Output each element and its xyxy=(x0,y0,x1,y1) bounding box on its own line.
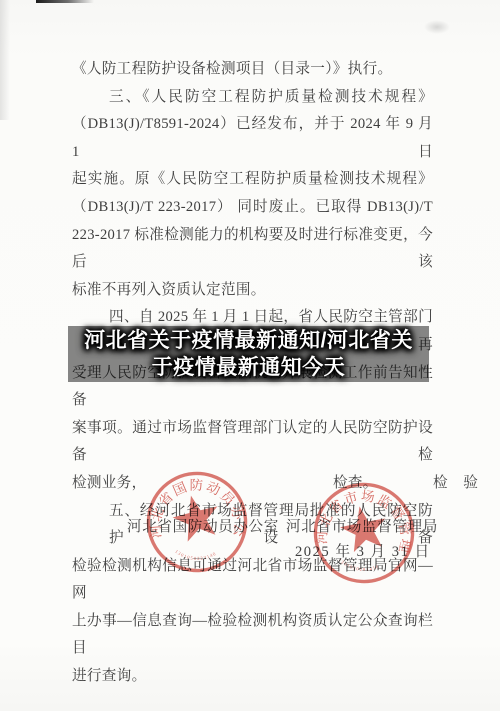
document-line: 案事项。通过市场监督管理部门认定的人民防空防护设备检 xyxy=(72,415,433,470)
svg-text:1301050281416: 1301050281416 xyxy=(336,558,381,574)
seal-serial: 1301050281416 xyxy=(336,558,381,574)
document-line: （DB13(J)/T 223-2017） 同时废止。已取得 DB13(J)/T xyxy=(72,194,433,222)
document-line: 223-2017 标准检测能力的机构要及时进行标准变更，今后该 xyxy=(72,222,433,277)
scan-smudge xyxy=(424,20,450,34)
obscured-line-fragment: 检测业务， xyxy=(72,475,146,491)
star-icon xyxy=(337,502,391,554)
document-line: 标准不再列入资质认定范围。 xyxy=(72,277,433,305)
scanned-document-page: 《人防工程防护设备检测项目（目录一）》执行。 三、《人民防空工程防护质量检测技术… xyxy=(0,0,500,711)
overlay-title-line1: 河北省关于疫情最新通知/河北省关 xyxy=(84,327,413,354)
document-line: 进行查询。 xyxy=(72,663,433,691)
headline-overlay-banner: 河北省关于疫情最新通知/河北省关 于疫情最新通知今天 xyxy=(68,326,429,382)
document-line: 《人防工程防护设备检测项目（目录一）》执行。 xyxy=(72,56,433,84)
document-line: （DB13(J)/T8591-2024）已经发布，并于 2024 年 9 月 1… xyxy=(72,111,433,166)
seal-serial: 1301050223140 xyxy=(173,547,218,564)
overlay-title-line2: 于疫情最新通知今天 xyxy=(152,354,346,381)
document-line: 起实施。原《人民防空工程防护质量检测技术规程》 xyxy=(72,166,433,194)
official-seal-left: 河北省国防动员办公室 1301050223140 xyxy=(137,462,257,582)
obscured-line-fragment: 检 验 xyxy=(433,470,484,498)
document-line: 上办事—信息查询—检验检测机构资质认定公众查询栏目 xyxy=(72,608,433,663)
scan-edge-artifact xyxy=(36,0,94,3)
document-line: 三、《人民防空工程防护质量检测技术规程》 xyxy=(72,84,433,112)
scan-left-shade xyxy=(0,0,10,120)
official-seal-right: 河北省市场监督管理局 1301050281416 xyxy=(305,474,423,592)
svg-text:1301050223140: 1301050223140 xyxy=(173,547,218,564)
